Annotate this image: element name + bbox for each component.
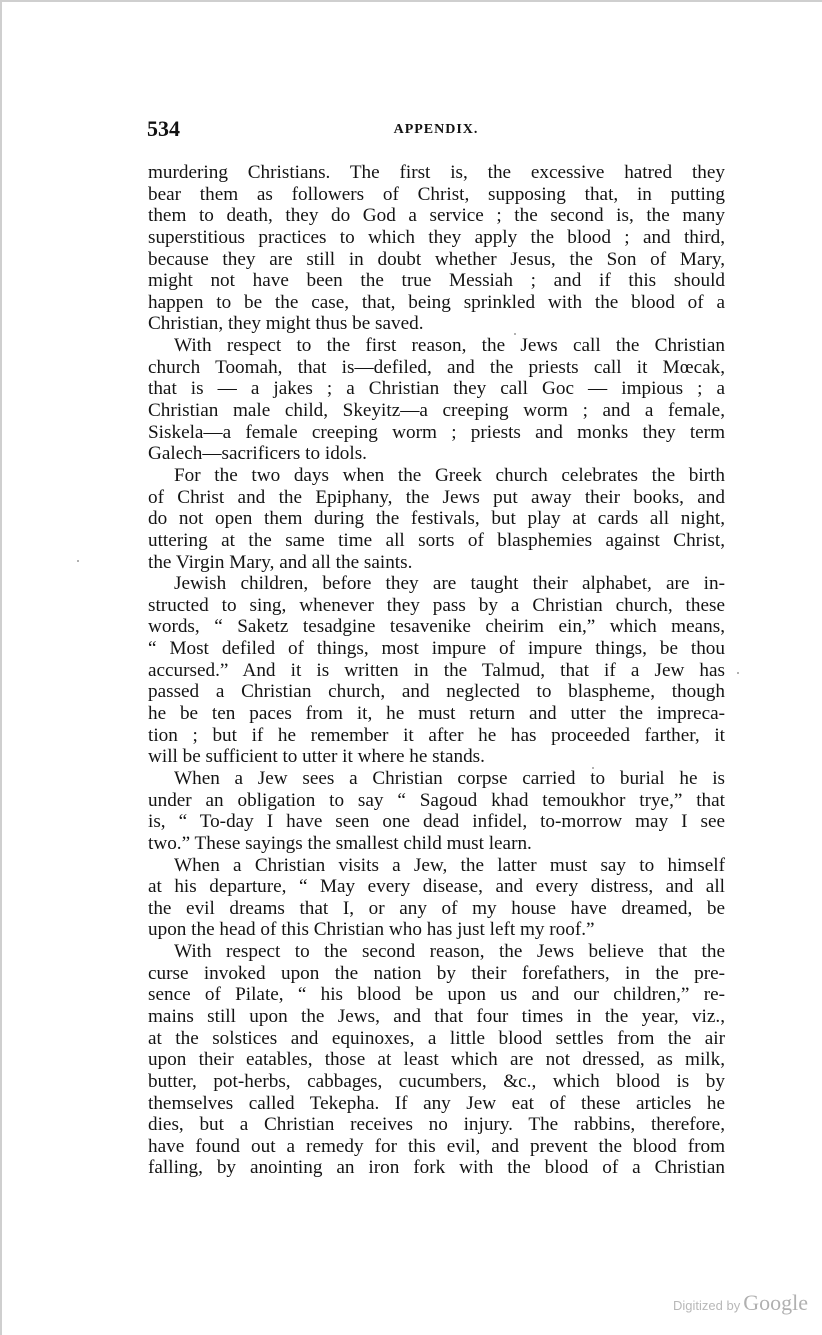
text-line: When a Jew sees a Christian corpse carri… (148, 768, 725, 790)
text-line: “ Most defiled of things, most impure of… (148, 638, 725, 660)
paragraph: For the two days when the Greek church c… (148, 465, 725, 573)
text-line: words, “ Saketz tesadgine tesavenike che… (148, 616, 725, 638)
body-text: murdering Christians. The first is, the … (148, 162, 725, 1179)
text-line: structed to sing, whenever they pass by … (148, 595, 725, 617)
google-logo-text: Google (743, 1290, 808, 1315)
text-line: two.” These sayings the smallest child m… (148, 833, 725, 855)
text-line: will be sufficient to utter it where he … (148, 746, 725, 768)
text-line: mains still upon the Jews, and that four… (148, 1006, 725, 1028)
text-line: at the solstices and equinoxes, a little… (148, 1028, 725, 1050)
text-line: at his departure, “ May every disease, a… (148, 876, 725, 898)
text-line: Siskela—a female creeping worm ; priests… (148, 422, 725, 444)
scan-speck (77, 560, 79, 562)
text-line: church Toomah, that is—defiled, and the … (148, 357, 725, 379)
text-line: butter, pot-herbs, cabbages, cucumbers, … (148, 1071, 725, 1093)
text-line: superstitious practices to which they ap… (148, 227, 725, 249)
text-line: of Christ and the Epiphany, the Jews put… (148, 487, 725, 509)
text-line: them to death, they do God a service ; t… (148, 205, 725, 227)
paragraph: Jewish children, before they are taught … (148, 573, 725, 768)
text-line: tion ; but if he remember it after he ha… (148, 725, 725, 747)
text-line: For the two days when the Greek church c… (148, 465, 725, 487)
text-line: because they are still in doubt whether … (148, 249, 725, 271)
text-line: the Virgin Mary, and all the saints. (148, 552, 725, 574)
text-line: curse invoked upon the nation by their f… (148, 963, 725, 985)
text-line: falling, by anointing an iron fork with … (148, 1157, 725, 1179)
section-title: APPENDIX. (147, 122, 725, 138)
text-line: the evil dreams that I, or any of my hou… (148, 898, 725, 920)
text-line: Jewish children, before they are taught … (148, 573, 725, 595)
text-line: With respect to the second reason, the J… (148, 941, 725, 963)
paragraph: With respect to the first reason, the Je… (148, 335, 725, 465)
paragraph: With respect to the second reason, the J… (148, 941, 725, 1179)
text-line: sence of Pilate, “ his blood be upon us … (148, 984, 725, 1006)
watermark-prefix: Digitized by (673, 1298, 740, 1313)
text-line: Christian male child, Skeyitz—a creeping… (148, 400, 725, 422)
text-line: have found out a remedy for this evil, a… (148, 1136, 725, 1158)
paragraph: murdering Christians. The first is, the … (148, 162, 725, 335)
scan-speck (514, 333, 516, 335)
book-page: 534 APPENDIX. murdering Christians. The … (2, 2, 822, 1335)
text-line: Galech—sacrificers to idols. (148, 443, 725, 465)
text-line: upon the head of this Christian who has … (148, 919, 725, 941)
text-line: themselves called Tekepha. If any Jew ea… (148, 1093, 725, 1115)
text-line: he be ten paces from it, he must return … (148, 703, 725, 725)
text-line: might not have been the true Messiah ; a… (148, 270, 725, 292)
text-line: accursed.” And it is written in the Talm… (148, 660, 725, 682)
text-line: With respect to the first reason, the Je… (148, 335, 725, 357)
text-line: happen to be the case, that, being sprin… (148, 292, 725, 314)
paragraph: When a Christian visits a Jew, the latte… (148, 855, 725, 942)
text-line: dies, but a Christian receives no injury… (148, 1114, 725, 1136)
text-line: bear them as followers of Christ, suppos… (148, 184, 725, 206)
text-line: that is — a jakes ; a Christian they cal… (148, 378, 725, 400)
text-line: Christian, they might thus be saved. (148, 313, 725, 335)
text-line: upon their eatables, those at least whic… (148, 1049, 725, 1071)
digitized-by-watermark: Digitized byGoogle (673, 1290, 808, 1316)
text-line: under an obligation to say “ Sagoud khad… (148, 790, 725, 812)
text-line: do not open them during the festivals, b… (148, 508, 725, 530)
text-line: When a Christian visits a Jew, the latte… (148, 855, 725, 877)
text-line: passed a Christian church, and neglected… (148, 681, 725, 703)
text-line: murdering Christians. The first is, the … (148, 162, 725, 184)
paragraph: When a Jew sees a Christian corpse carri… (148, 768, 725, 855)
scan-speck (737, 672, 739, 674)
running-head: 534 APPENDIX. (147, 116, 725, 146)
text-line: uttering at the same time all sorts of b… (148, 530, 725, 552)
text-line: is, “ To-day I have seen one dead infide… (148, 811, 725, 833)
scan-speck (592, 767, 594, 769)
